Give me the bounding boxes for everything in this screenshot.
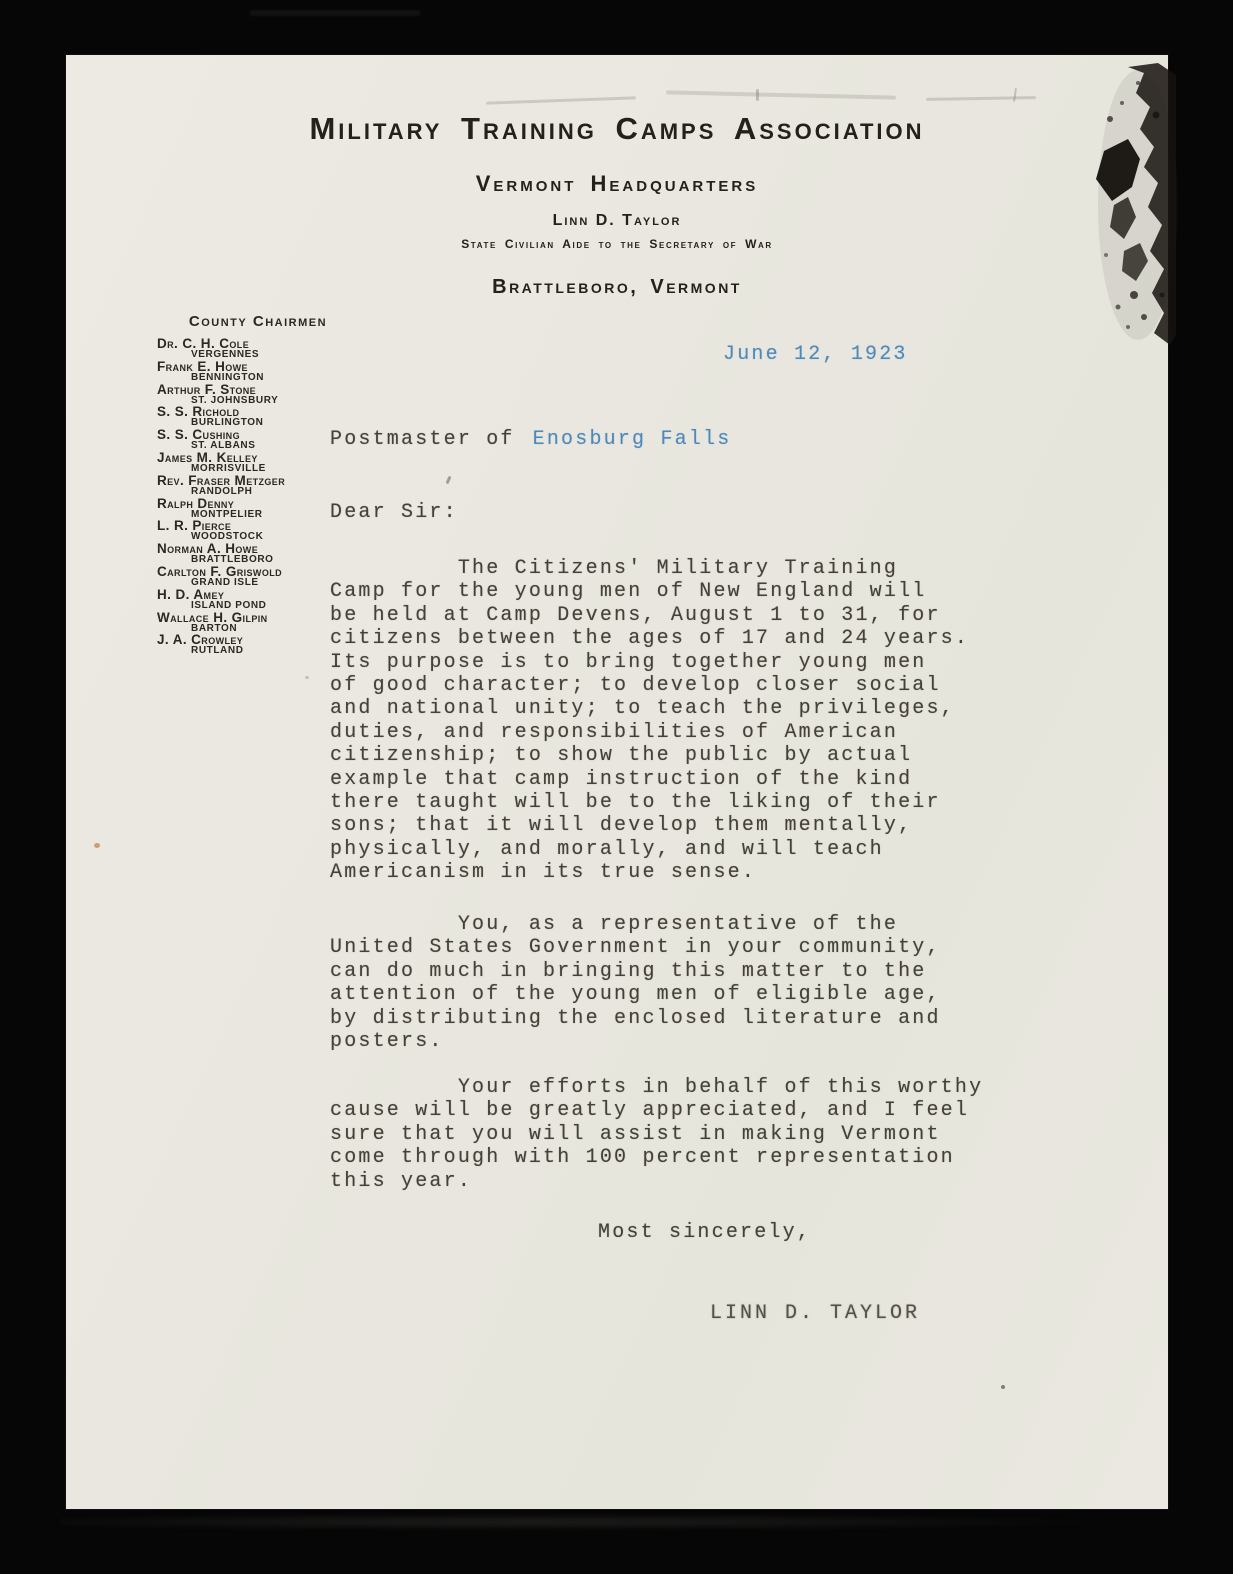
chairman-entry: S. S. Richold BURLINGTON (157, 405, 407, 428)
officer-title: State Civilian Aide to the Secretary of … (66, 237, 1168, 251)
chairman-entry: James M. Kelley MORRISVILLE (157, 451, 407, 474)
chairman-name: Frank E. Howe (157, 360, 407, 373)
faint-pencil-mark (926, 96, 1036, 101)
salutation: Dear Sir: (330, 501, 458, 524)
scan-artifact-top (250, 10, 420, 16)
body-paragraph-2: You, as a representative of the United S… (330, 913, 941, 1053)
chairman-entry: Rev. Fraser Metzger RANDOLPH (157, 474, 407, 497)
body-paragraph-1: The Citizens' Military Training Camp for… (330, 557, 969, 885)
addressee-name: Enosburg Falls (533, 428, 732, 451)
addressee-prefix: Postmaster of (330, 428, 515, 451)
chairman-entry: Dr. C. H. Cole VERGENNES (157, 337, 407, 360)
scan-stage: Military Training Camps Association Verm… (0, 0, 1233, 1574)
chairman-entry: Arthur F. Stone ST. JOHNSBURY (157, 383, 407, 406)
chairman-name: Arthur F. Stone (157, 383, 407, 396)
chairman-name: Rev. Fraser Metzger (157, 474, 407, 487)
stray-type-mark (446, 476, 452, 485)
paper-stain-speck (94, 843, 100, 848)
addressee-line: Postmaster ofEnosburg Falls (330, 428, 731, 451)
closing-line: Most sincerely, (598, 1221, 811, 1244)
faint-pencil-mark (486, 96, 636, 104)
faint-pencil-mark (756, 89, 759, 101)
signature-name: LINN D. TAYLOR (710, 1302, 920, 1325)
scan-background: { "colors": { "background": "#060606", "… (0, 0, 1233, 1574)
faint-pencil-mark (666, 90, 896, 99)
body-paragraph-3: Your efforts in behalf of this worthy ca… (330, 1076, 983, 1193)
letter-paper: Military Training Camps Association Verm… (66, 55, 1168, 1509)
chairman-entry: Frank E. Howe BENNINGTON (157, 360, 407, 383)
ink-blot-artifact (1066, 55, 1178, 355)
org-location: Brattleboro, Vermont (66, 276, 1168, 299)
scan-shadow-streak (60, 1514, 1110, 1530)
officer-name: Linn D. Taylor (66, 212, 1168, 230)
letter-date: June 12, 1923 (723, 343, 908, 366)
org-title: Military Training Camps Association (66, 111, 1168, 147)
org-subtitle: Vermont Headquarters (66, 171, 1168, 197)
county-chairmen-heading: County Chairmen (150, 313, 366, 330)
paper-speck (1001, 1385, 1005, 1389)
faint-pencil-mark (1013, 88, 1017, 102)
